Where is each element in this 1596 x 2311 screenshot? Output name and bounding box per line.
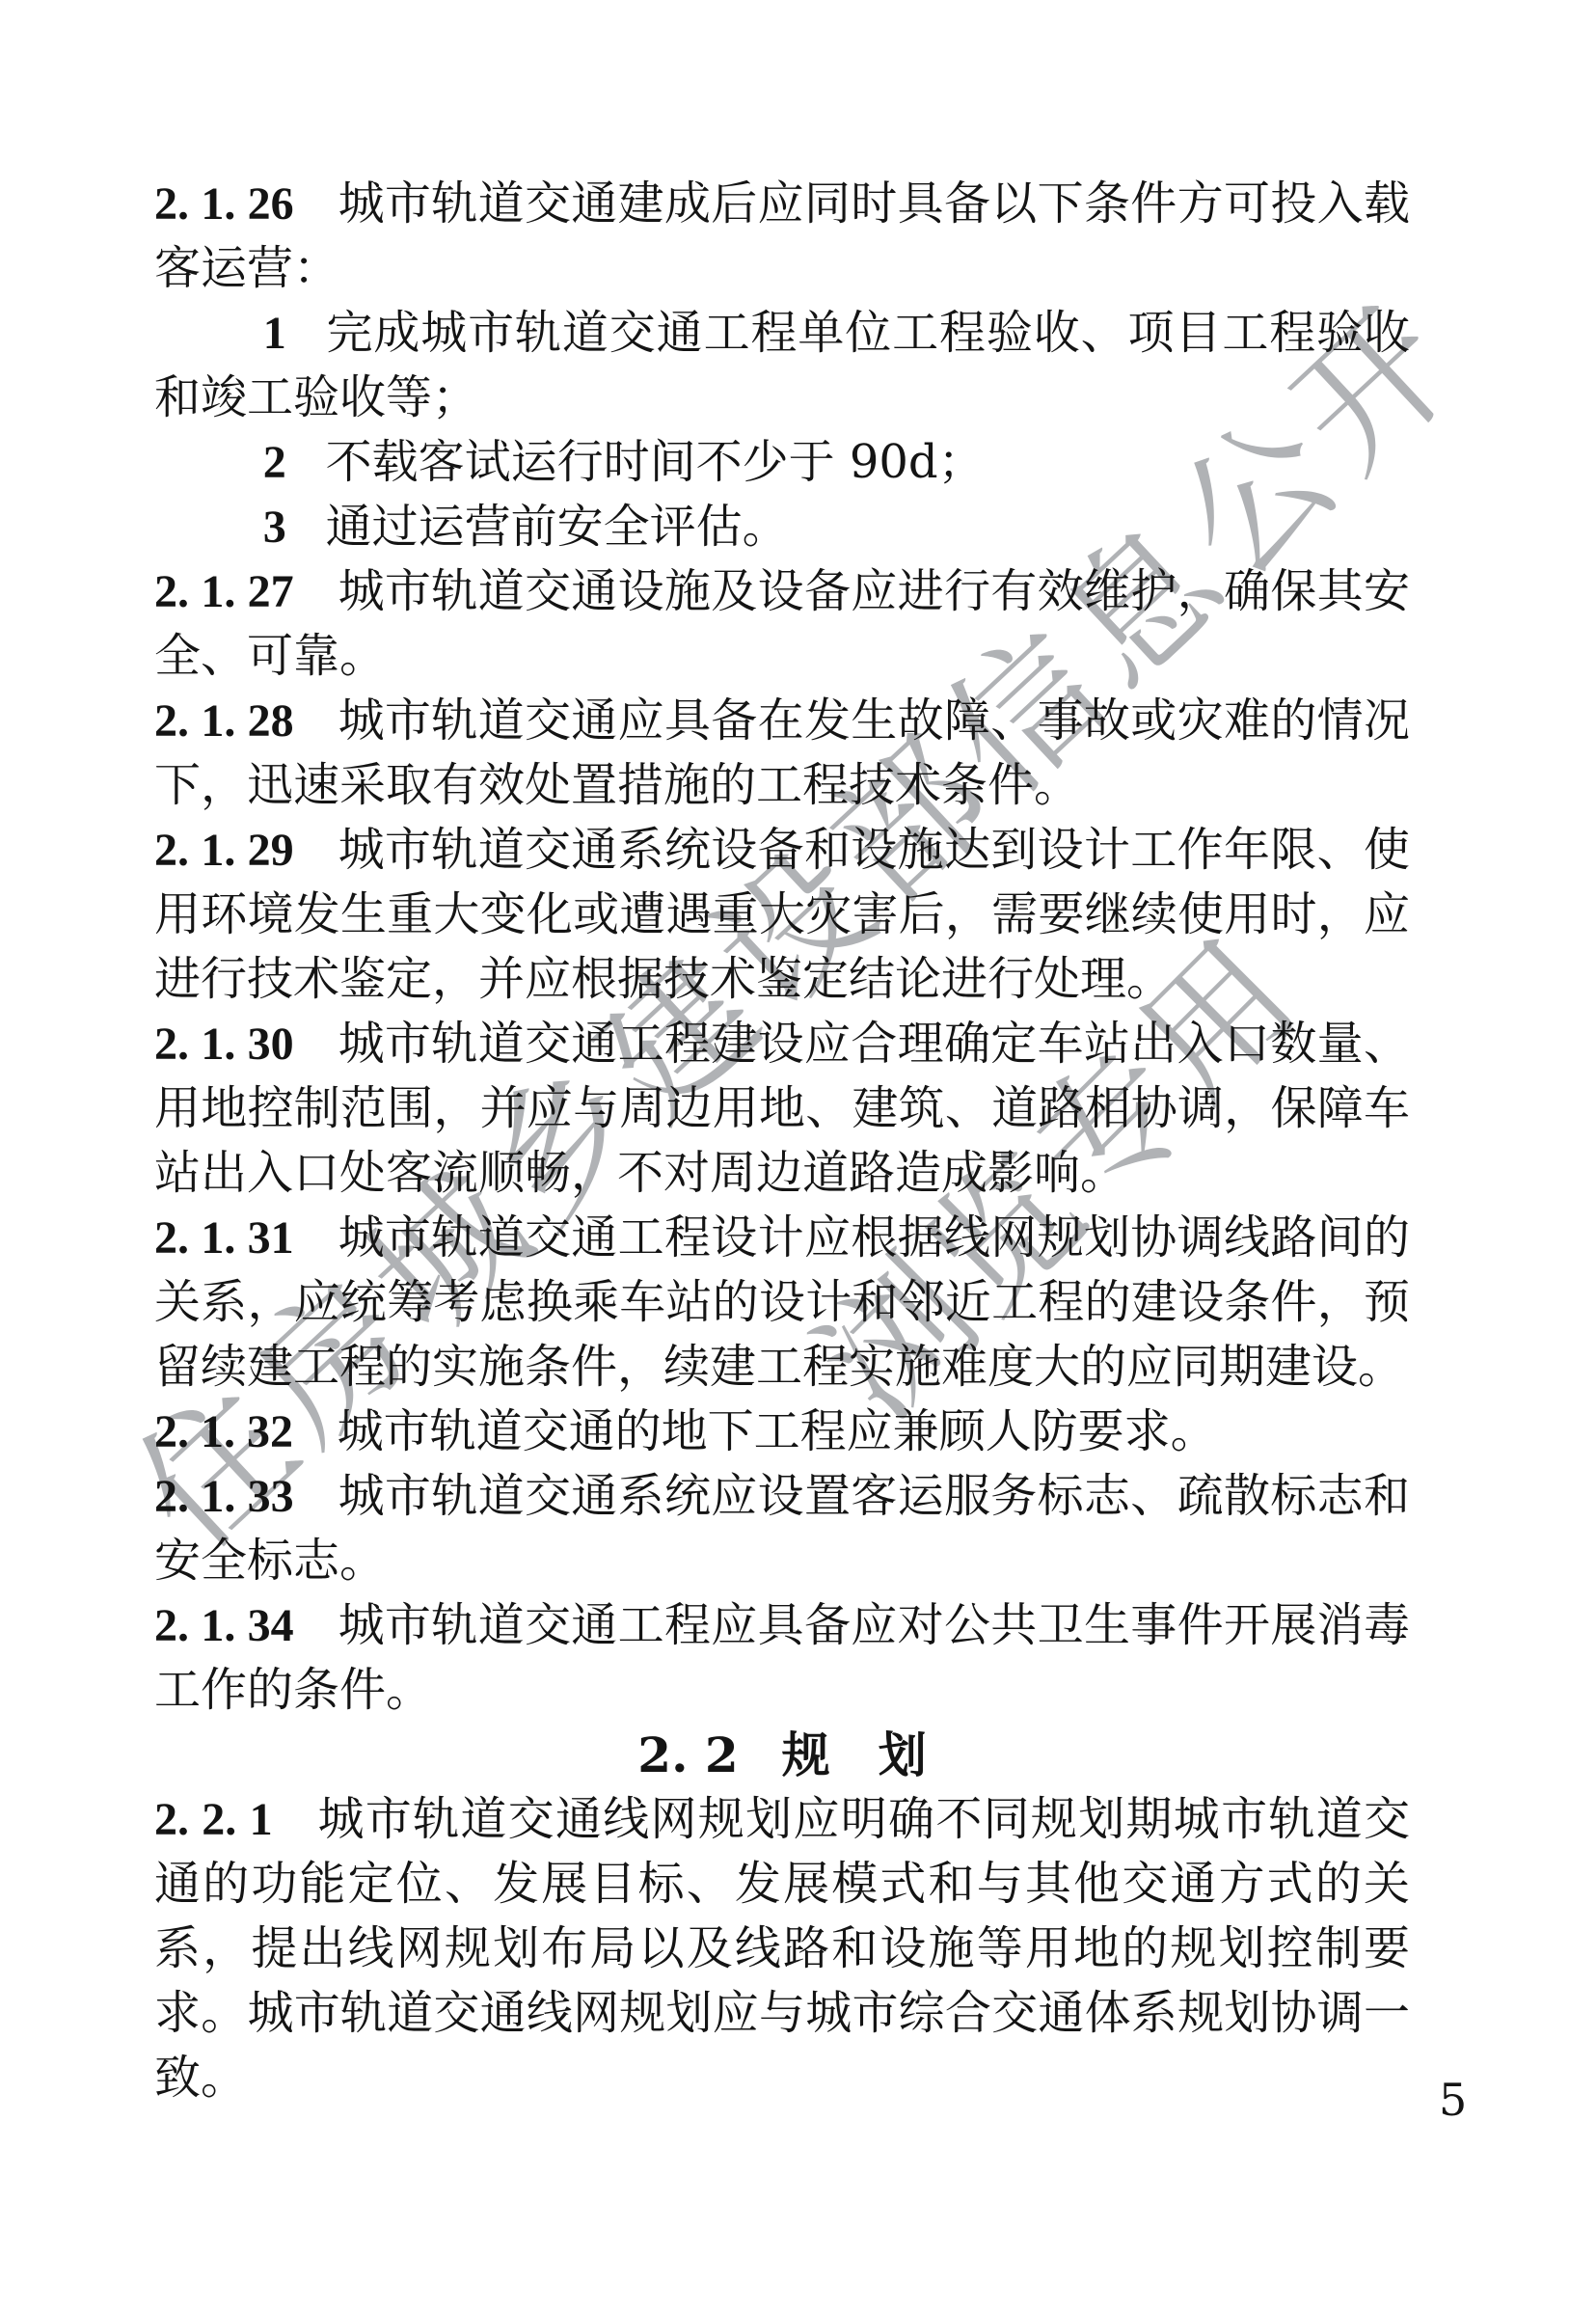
clause-number: 2. 1. 31: [154, 1212, 294, 1264]
clause-2-2-1: 2. 2. 1城市轨道交通线网规划应明确不同规划期城市轨道交通的功能定位、发展目…: [154, 1787, 1410, 2110]
subitem-2: 2不载客试运行时间不少于 90d；: [154, 430, 1410, 495]
subitem-text: 通过运营前安全评估。: [326, 500, 789, 554]
page-number: 5: [1439, 2074, 1467, 2126]
clause-2-1-31: 2. 1. 31城市轨道交通工程设计应根据线网规划协调线路间的关系，应统筹考虑换…: [154, 1206, 1410, 1400]
clause-2-1-34: 2. 1. 34城市轨道交通工程应具备应对公共卫生事件开展消毒工作的条件。: [154, 1593, 1410, 1723]
clause-2-1-29: 2. 1. 29城市轨道交通系统设备和设施达到设计工作年限、使用环境发生重大变化…: [154, 818, 1410, 1012]
subitem-text: 不载客试运行时间不少于 90d；: [326, 435, 985, 489]
clause-text: 城市轨道交通工程应具备应对公共卫生事件开展消毒工作的条件。: [154, 1598, 1410, 1717]
subitem-number: 3: [263, 502, 286, 553]
clause-number: 2. 1. 29: [154, 825, 294, 876]
subitem-number: 2: [263, 437, 286, 488]
clause-text: 城市轨道交通应具备在发生故障、事故或灾难的情况下，迅速采取有效处置措施的工程技术…: [154, 693, 1410, 812]
clause-number: 2. 1. 26: [154, 178, 294, 230]
clause-number: 2. 1. 34: [154, 1600, 294, 1651]
clause-text: 城市轨道交通系统应设置客运服务标志、疏散标志和安全标志。: [154, 1469, 1410, 1588]
subitem-3: 3通过运营前安全评估。: [154, 495, 1410, 559]
subitem-1: 1完成城市轨道交通工程单位工程验收、项目工程验收和竣工验收等；: [154, 301, 1410, 430]
subitem-number: 1: [263, 308, 286, 359]
clause-number: 2. 1. 30: [154, 1019, 294, 1070]
clause-text: 城市轨道交通线网规划应明确不同规划期城市轨道交通的功能定位、发展目标、发展模式和…: [154, 1792, 1410, 2105]
clause-text: 城市轨道交通工程设计应根据线网规划协调线路间的关系，应统筹考虑换乘车站的设计和邻…: [154, 1210, 1410, 1394]
clause-text: 城市轨道交通系统设备和设施达到设计工作年限、使用环境发生重大变化或遭遇重大灾害后…: [154, 823, 1410, 1006]
section-title: 规 划: [782, 1726, 927, 1783]
clause-2-1-28: 2. 1. 28城市轨道交通应具备在发生故障、事故或灾难的情况下，迅速采取有效处…: [154, 689, 1410, 818]
section-heading-2-2: 2. 2规 划: [154, 1723, 1410, 1787]
clause-text: 城市轨道交通的地下工程应兼顾人防要求。: [338, 1404, 1217, 1458]
clause-2-1-26: 2. 1. 26城市轨道交通建成后应同时具备以下条件方可投入载客运营：: [154, 172, 1410, 301]
clause-number: 2. 1. 33: [154, 1471, 294, 1522]
clause-2-1-27: 2. 1. 27城市轨道交通设施及设备应进行有效维护，确保其安全、可靠。: [154, 559, 1410, 689]
clause-2-1-33: 2. 1. 33城市轨道交通系统应设置客运服务标志、疏散标志和安全标志。: [154, 1464, 1410, 1593]
clause-number: 2. 1. 27: [154, 566, 294, 617]
subitem-text: 完成城市轨道交通工程单位工程验收、项目工程验收和竣工验收等；: [154, 306, 1410, 424]
clause-text: 城市轨道交通建成后应同时具备以下条件方可投入载客运营：: [154, 177, 1410, 295]
clause-text: 城市轨道交通设施及设备应进行有效维护，确保其安全、可靠。: [154, 564, 1410, 683]
clause-number: 2. 2. 1: [154, 1794, 273, 1845]
clause-number: 2. 1. 32: [154, 1406, 293, 1457]
document-body: 2. 1. 26城市轨道交通建成后应同时具备以下条件方可投入载客运营： 1完成城…: [154, 172, 1410, 2110]
clause-number: 2. 1. 28: [154, 695, 294, 747]
section-number: 2. 2: [637, 1726, 738, 1783]
clause-2-1-30: 2. 1. 30城市轨道交通工程建设应合理确定车站出入口数量、用地控制范围，并应…: [154, 1012, 1410, 1206]
clause-2-1-32: 2. 1. 32城市轨道交通的地下工程应兼顾人防要求。: [154, 1400, 1410, 1464]
clause-text: 城市轨道交通工程建设应合理确定车站出入口数量、用地控制范围，并应与周边用地、建筑…: [154, 1017, 1410, 1200]
